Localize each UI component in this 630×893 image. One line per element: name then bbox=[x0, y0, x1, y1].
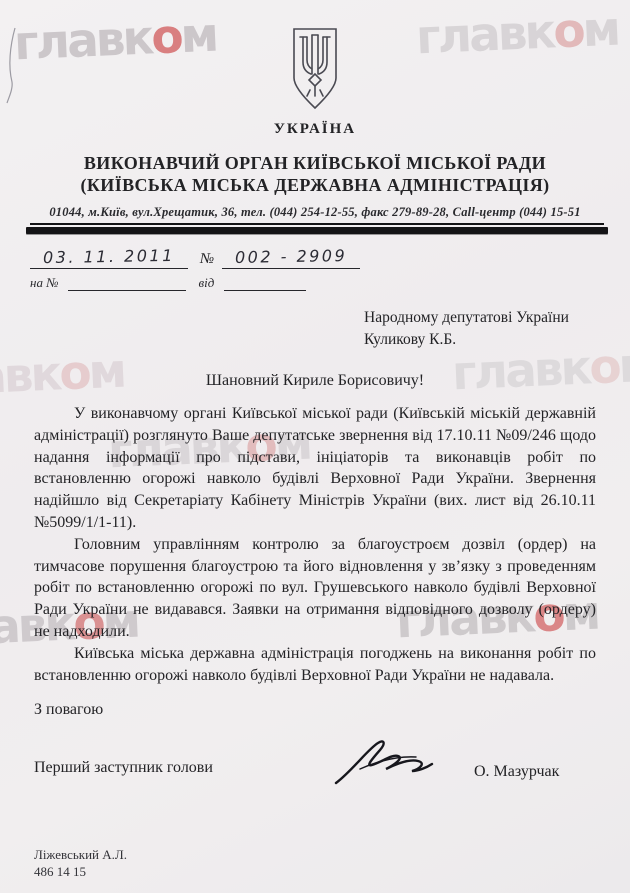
reference-block: 03. 11. 2011 № 002 - 2909 на № від bbox=[30, 247, 630, 291]
outgoing-number-field: 002 - 2909 bbox=[222, 247, 360, 269]
signature-row: Перший заступник голови О. Мазурчак bbox=[34, 739, 596, 797]
outgoing-reference-line: 03. 11. 2011 № 002 - 2909 bbox=[30, 247, 630, 269]
country-title: УКРАЇНА bbox=[0, 121, 630, 138]
header-rule-thick bbox=[26, 227, 608, 234]
executor-footer: Ліжевський А.Л. 486 14 15 bbox=[34, 846, 127, 880]
organization-name: ВИКОНАВЧИЙ ОРГАН КИЇВСЬКОЇ МІСЬКОЇ РАДИ … bbox=[0, 152, 630, 196]
number-sign: № bbox=[200, 251, 214, 268]
letter-content: УКРАЇНА ВИКОНАВЧИЙ ОРГАН КИЇВСЬКОЇ МІСЬК… bbox=[0, 0, 630, 797]
recipient-title: Народному депутатові України bbox=[364, 307, 630, 329]
organization-name-line2: (КИЇВСЬКА МІСЬКА ДЕРЖАВНА АДМІНІСТРАЦІЯ) bbox=[0, 174, 630, 196]
body-paragraph-2: Головним управлінням контролю за благоус… bbox=[34, 534, 596, 643]
incoming-date-blank bbox=[224, 278, 306, 291]
letterhead: УКРАЇНА ВИКОНАВЧИЙ ОРГАН КИЇВСЬКОЇ МІСЬК… bbox=[0, 0, 630, 234]
recipient-block: Народному депутатові України Куликову К.… bbox=[364, 307, 630, 351]
body-paragraph-3: Київська міська державна адміністрація п… bbox=[34, 643, 596, 687]
header-rule-thin bbox=[30, 223, 604, 225]
handwritten-number: 002 - 2909 bbox=[235, 246, 348, 267]
date-field: 03. 11. 2011 bbox=[30, 247, 188, 269]
ukraine-trident-emblem bbox=[284, 26, 346, 112]
signer-name: О. Мазурчак bbox=[474, 763, 559, 781]
handwritten-date: 03. 11. 2011 bbox=[43, 246, 175, 267]
vid-label: від bbox=[198, 275, 214, 291]
na-number-label: на № bbox=[30, 275, 58, 291]
executor-name: Ліжевський А.Л. bbox=[34, 846, 127, 863]
recipient-name: Куликову К.Б. bbox=[364, 329, 630, 351]
body-paragraph-1: У виконавчому органі Київської міської р… bbox=[34, 403, 596, 534]
handwritten-signature bbox=[332, 733, 452, 791]
incoming-number-blank bbox=[68, 278, 186, 291]
salutation: Шановний Кириле Борисовичу! bbox=[0, 372, 630, 390]
signer-position: Перший заступник голови bbox=[34, 759, 213, 777]
executor-phone: 486 14 15 bbox=[34, 863, 127, 880]
incoming-reference-line: на № від bbox=[30, 275, 630, 291]
scanned-letter-page: главком главком главком главком главком … bbox=[0, 0, 630, 893]
contact-address-line: 01044, м.Київ, вул.Хрещатик, 36, тел. (0… bbox=[0, 205, 630, 220]
closing-regards: З повагою bbox=[34, 701, 630, 719]
organization-name-line1: ВИКОНАВЧИЙ ОРГАН КИЇВСЬКОЇ МІСЬКОЇ РАДИ bbox=[0, 152, 630, 174]
